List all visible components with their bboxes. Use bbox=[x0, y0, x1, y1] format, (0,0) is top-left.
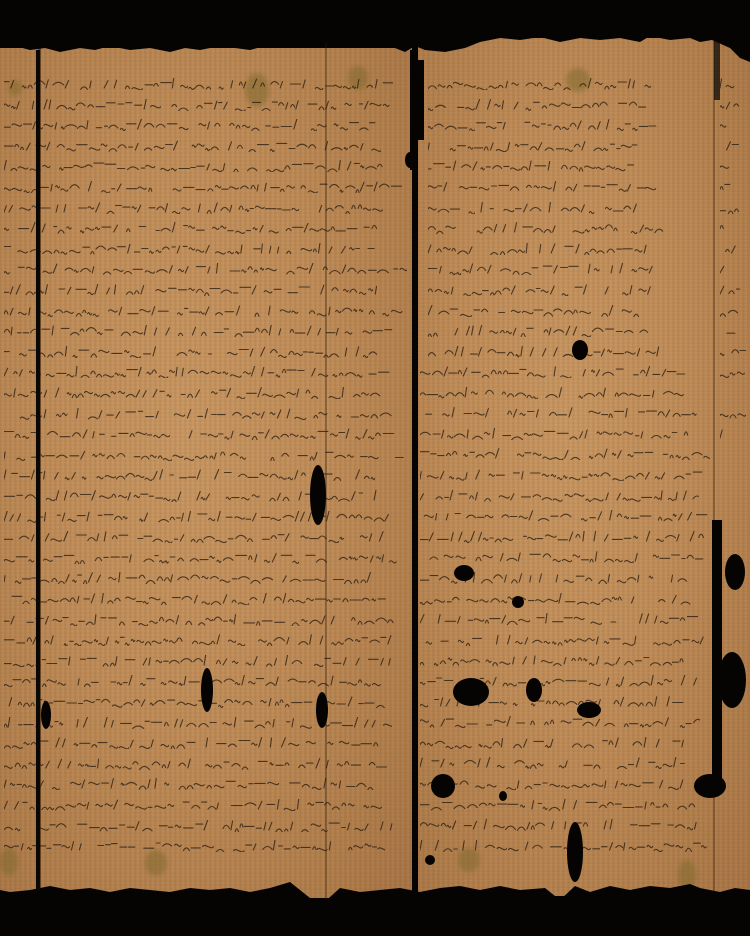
hieratic-text-line bbox=[4, 552, 400, 564]
hieratic-text-line bbox=[720, 408, 746, 420]
hieratic-text-line bbox=[428, 99, 646, 111]
hieratic-text-line bbox=[720, 78, 735, 90]
papyrus-photograph bbox=[0, 0, 750, 936]
hieratic-text-line bbox=[4, 696, 388, 708]
hieratic-text-line bbox=[4, 222, 380, 234]
hieratic-text-line bbox=[428, 160, 641, 172]
hieratic-text-line bbox=[4, 531, 395, 543]
hieratic-text-line bbox=[720, 181, 737, 193]
hieratic-text-line bbox=[428, 305, 646, 317]
hieratic-text-line bbox=[428, 140, 639, 152]
hieratic-text-line bbox=[4, 305, 404, 317]
hieratic-text-line bbox=[420, 551, 708, 563]
hieratic-text-line bbox=[428, 78, 656, 90]
hieratic-text-line bbox=[420, 448, 710, 460]
sheet-joint bbox=[713, 38, 715, 900]
hieratic-text-line bbox=[420, 387, 687, 399]
hieratic-text-line bbox=[4, 408, 403, 420]
hieratic-text-line bbox=[420, 510, 711, 522]
hieratic-text-line bbox=[720, 243, 743, 255]
hieratic-text-line bbox=[4, 78, 393, 90]
hieratic-text-line bbox=[420, 593, 693, 605]
hieratic-text-line bbox=[4, 799, 393, 811]
hieratic-text-line bbox=[420, 737, 691, 749]
hieratic-text-line bbox=[420, 490, 699, 502]
hieratic-text-line bbox=[428, 119, 661, 131]
hieratic-text-line bbox=[4, 490, 391, 502]
hieratic-text-line bbox=[420, 613, 698, 625]
hieratic-text-line bbox=[720, 140, 740, 152]
hieratic-text-line bbox=[4, 387, 386, 399]
hieratic-text-line bbox=[428, 243, 652, 255]
hieratic-text-line bbox=[4, 140, 381, 152]
hieratic-text-line bbox=[420, 778, 695, 790]
hieratic-text-line bbox=[4, 99, 396, 111]
hieratic-text-line bbox=[4, 325, 395, 337]
hieratic-text-line bbox=[4, 572, 382, 584]
hieratic-text-line bbox=[420, 757, 687, 769]
hieratic-text-line bbox=[420, 675, 707, 687]
stain bbox=[0, 848, 18, 876]
hieratic-text-line bbox=[4, 202, 387, 214]
hieratic-text-line bbox=[420, 696, 686, 708]
hieratic-text-line bbox=[420, 469, 704, 481]
hieratic-text-line bbox=[720, 305, 743, 317]
hieratic-text-line bbox=[720, 119, 731, 131]
hieratic-text-line bbox=[420, 634, 707, 646]
hieratic-text-line bbox=[428, 284, 666, 296]
hieratic-text-line bbox=[4, 717, 392, 729]
hieratic-text-line bbox=[420, 531, 705, 543]
hieratic-text-line bbox=[428, 222, 663, 234]
hieratic-text-line bbox=[720, 469, 722, 481]
hieratic-text-line bbox=[4, 778, 383, 790]
hieratic-text-line bbox=[4, 284, 384, 296]
hieratic-text-line bbox=[4, 737, 383, 749]
hieratic-text-line bbox=[720, 428, 733, 440]
hieratic-text-line bbox=[4, 366, 392, 378]
hieratic-text-line bbox=[4, 634, 394, 646]
hieratic-text-line bbox=[420, 819, 707, 831]
hieratic-text-line bbox=[428, 346, 663, 358]
hieratic-text-line bbox=[4, 758, 387, 770]
hieratic-text-line bbox=[4, 119, 381, 131]
hieratic-text-line bbox=[720, 99, 741, 111]
hieratic-text-line bbox=[720, 160, 733, 172]
hieratic-text-line bbox=[4, 614, 396, 626]
hieratic-text-line bbox=[420, 366, 703, 378]
papyrus-fragment bbox=[0, 38, 750, 900]
hieratic-text-line bbox=[420, 654, 688, 666]
hieratic-text-line bbox=[428, 202, 647, 214]
hieratic-text-line bbox=[720, 346, 746, 358]
stain bbox=[145, 850, 167, 876]
hieratic-text-line bbox=[720, 449, 722, 461]
hieratic-text-line bbox=[4, 593, 387, 605]
hieratic-text-line bbox=[420, 428, 694, 440]
hieratic-text-line bbox=[4, 655, 401, 667]
hieratic-text-line bbox=[4, 428, 399, 440]
hieratic-text-line bbox=[4, 263, 407, 275]
hieratic-text-line bbox=[428, 263, 662, 275]
hieratic-text-line bbox=[4, 469, 382, 481]
hieratic-text-line bbox=[4, 160, 384, 172]
hieratic-text-line bbox=[4, 449, 408, 461]
hieratic-text-line bbox=[420, 572, 689, 584]
hieratic-text-line bbox=[4, 511, 394, 523]
stain bbox=[678, 860, 696, 890]
hieratic-text-line bbox=[720, 366, 745, 378]
hieratic-text-line bbox=[428, 181, 663, 193]
hieratic-text-line bbox=[720, 222, 732, 234]
hieratic-text-line bbox=[428, 325, 653, 337]
hieratic-text-line bbox=[4, 243, 381, 255]
hieratic-text-line bbox=[720, 202, 742, 214]
hieratic-text-line bbox=[720, 263, 727, 275]
hieratic-text-line bbox=[420, 716, 700, 728]
hieratic-text-line bbox=[4, 675, 387, 687]
hieratic-text-line bbox=[720, 325, 740, 337]
hieratic-text-line bbox=[4, 346, 379, 358]
hieratic-text-line bbox=[4, 840, 385, 852]
hieratic-text-line bbox=[4, 181, 402, 193]
hieratic-text-line bbox=[420, 799, 698, 811]
hieratic-text-line bbox=[420, 407, 699, 419]
hieratic-text-line bbox=[4, 820, 408, 832]
hieratic-text-line bbox=[420, 840, 711, 852]
hieratic-text-line bbox=[720, 284, 743, 296]
